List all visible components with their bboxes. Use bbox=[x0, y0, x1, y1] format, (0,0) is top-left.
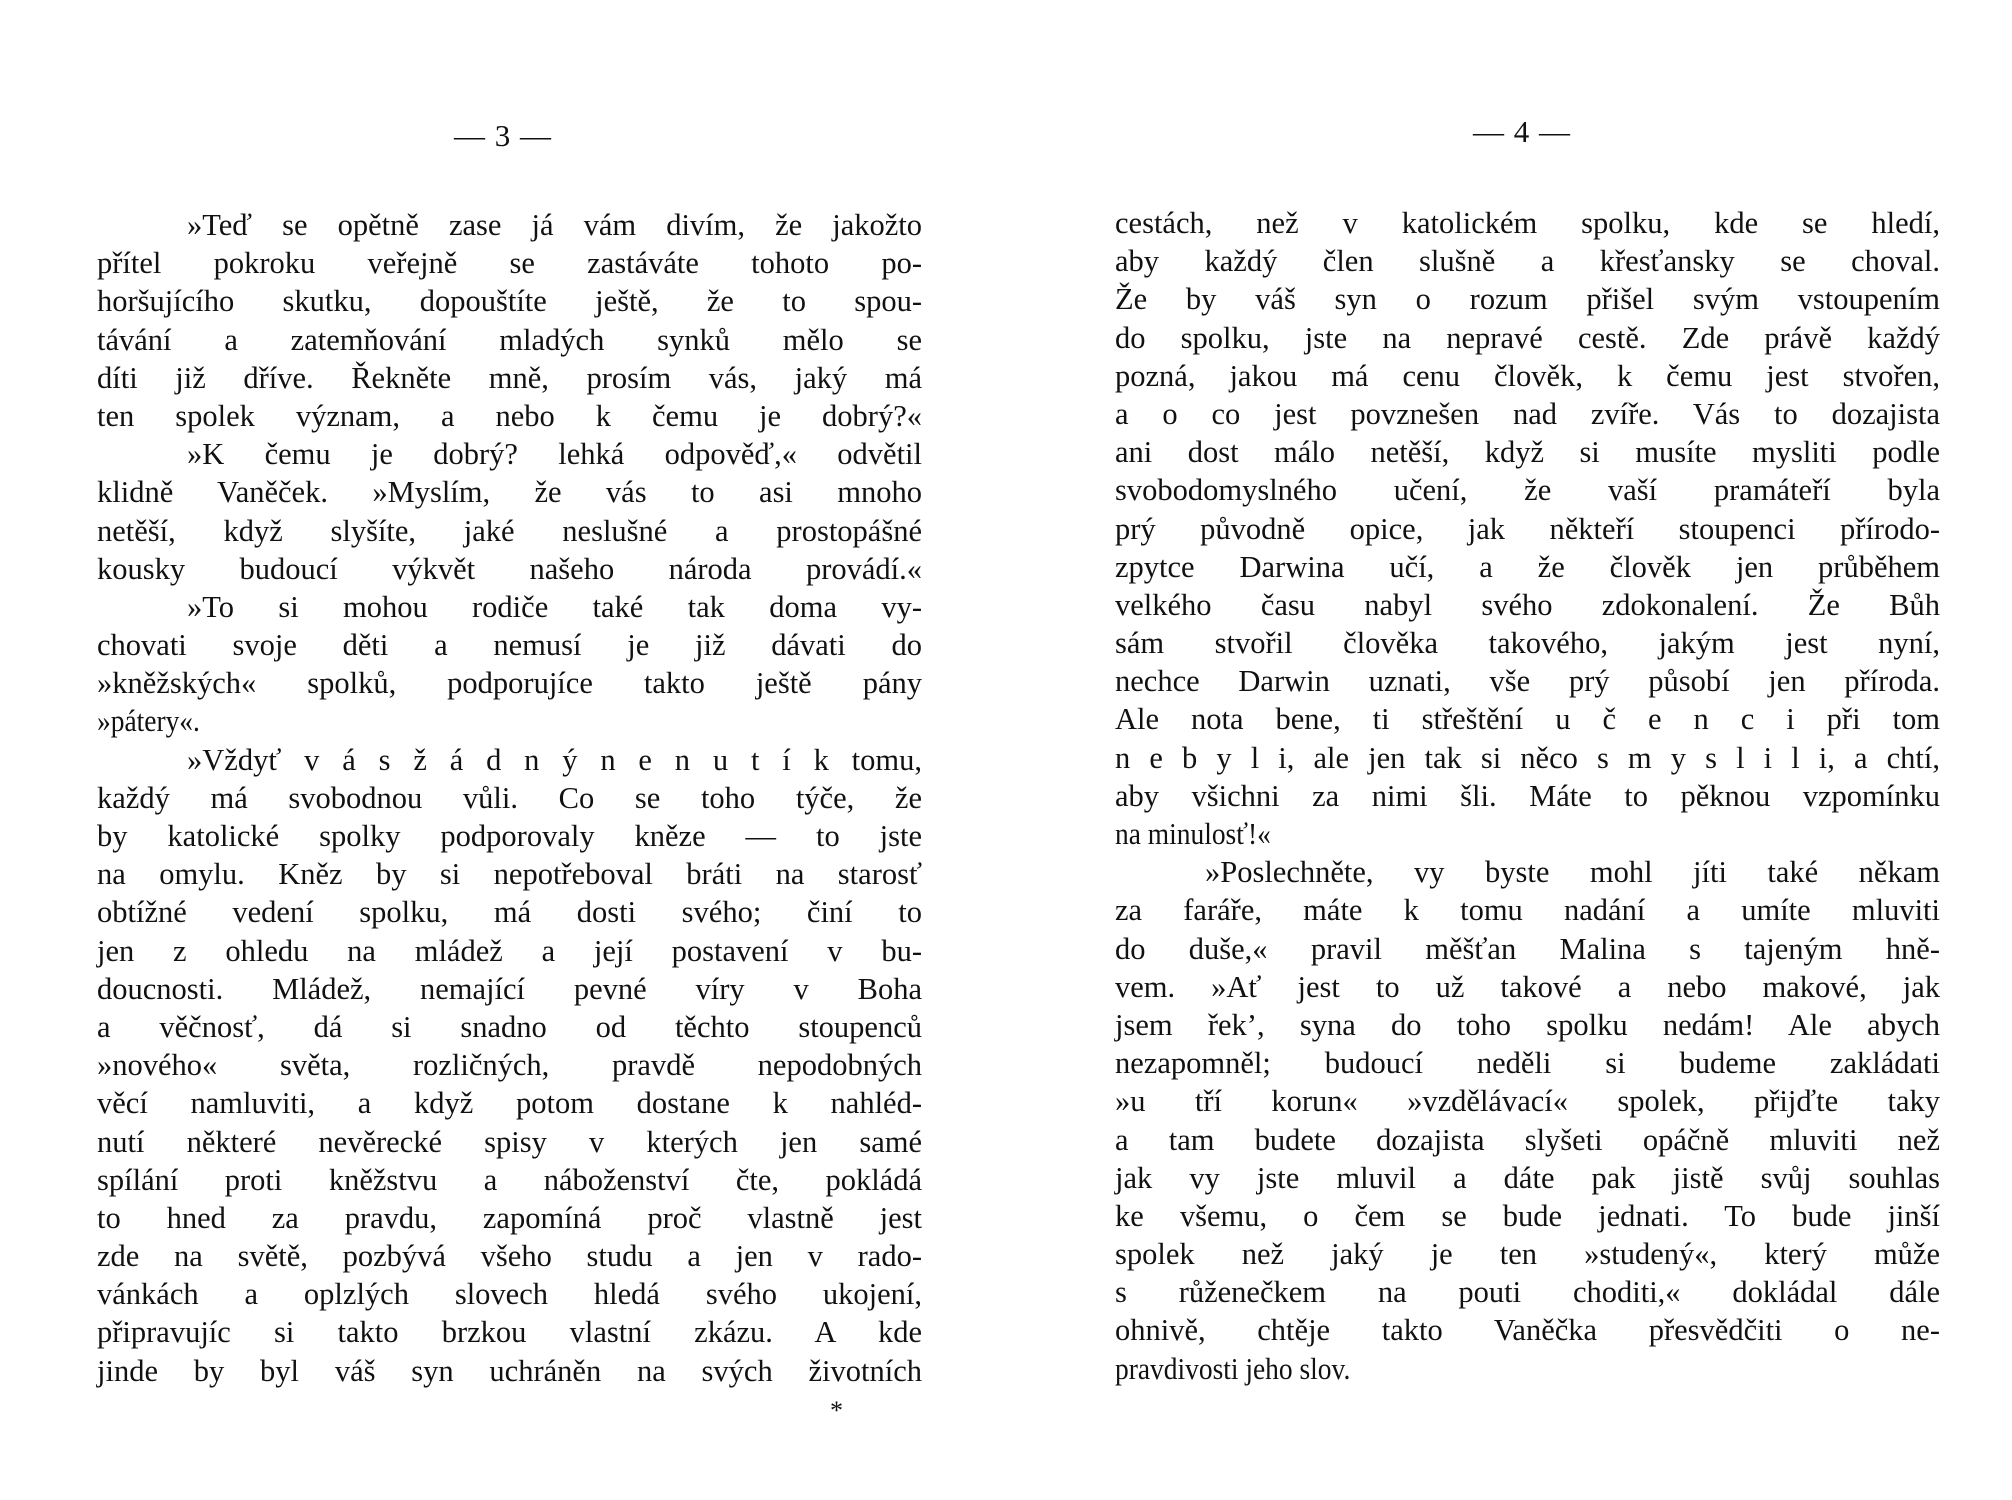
left-page: — 3 — »Teď se opětně zase já vám divím, … bbox=[0, 0, 1006, 1500]
text-line: »pátery«. bbox=[97, 702, 922, 740]
text-line: ohnivě, chtěje takto Vaněčka přesvědčiti… bbox=[1115, 1311, 1940, 1349]
text-line: sám stvořil člověka takového, jakým jest… bbox=[1115, 624, 1940, 662]
text-line: klidně Vaněček. »Myslím, že vás to asi m… bbox=[97, 473, 922, 511]
text-line: nezapomněl; budoucí neděli si budeme zak… bbox=[1115, 1044, 1940, 1082]
text-line: Že by váš syn o rozum přišel svým vstoup… bbox=[1115, 280, 1940, 318]
text-line: velkého času nabyl svého zdokonalení. Že… bbox=[1115, 586, 1940, 624]
text-line: »Poslechněte, vy byste mohl jíti také ně… bbox=[1115, 853, 1940, 891]
text-line: távání a zatemňování mladých synků mělo … bbox=[97, 321, 922, 359]
page-body: cestách, než v katolickém spolku, kde se… bbox=[1115, 204, 1940, 1388]
text-line: by katolické spolky podporovaly kněze — … bbox=[97, 817, 922, 855]
text-line: nutí některé nevěrecké spisy v kterých j… bbox=[97, 1123, 922, 1161]
text-line: cestách, než v katolickém spolku, kde se… bbox=[1115, 204, 1940, 242]
text-line: nechce Darwin uznati, vše prý působí jen… bbox=[1115, 662, 1940, 700]
text-line: jak vy jste mluvil a dáte pak jistě svůj… bbox=[1115, 1159, 1940, 1197]
text-line: »Vždyť v á s ž á d n ý n e n u t í k tom… bbox=[97, 741, 922, 779]
text-line: Ale nota bene, ti střeštění u č e n c i … bbox=[1115, 700, 1940, 738]
text-line: a o co jest povznešen nad zvíře. Vás to … bbox=[1115, 395, 1940, 433]
text-line: »nového« světa, rozličných, pravdě nepod… bbox=[97, 1046, 922, 1084]
text-line: pozná, jakou má cenu člověk, k čemu jest… bbox=[1115, 357, 1940, 395]
page-number: — 4 — bbox=[1473, 114, 1571, 150]
text-line: vánkách a oplzlých slovech hledá svého u… bbox=[97, 1275, 922, 1313]
text-line: zde na světě, pozbývá všeho studu a jen … bbox=[97, 1237, 922, 1275]
page-body: »Teď se opětně zase já vám divím, že jak… bbox=[97, 206, 922, 1390]
text-line: přítel pokroku veřejně se zastáváte toho… bbox=[97, 244, 922, 282]
text-line: ani dost málo netěší, když si musíte mys… bbox=[1115, 433, 1940, 471]
text-line: prý původně opice, jak někteří stoupenci… bbox=[1115, 510, 1940, 548]
text-line: na minulosť!« bbox=[1115, 815, 1940, 853]
text-line: spílání proti kněžstvu a náboženství čte… bbox=[97, 1161, 922, 1199]
right-page: — 4 — cestách, než v katolickém spolku, … bbox=[1006, 0, 2012, 1500]
text-line: spolek než jaký je ten »studený«, který … bbox=[1115, 1235, 1940, 1273]
signature-mark: * bbox=[830, 1396, 843, 1426]
text-line: každý má svobodnou vůli. Co se toho týče… bbox=[97, 779, 922, 817]
page-number: — 3 — bbox=[454, 118, 552, 154]
text-line: za faráře, máte k tomu nadání a umíte ml… bbox=[1115, 891, 1940, 929]
text-line: kousky budoucí výkvět našeho národa prov… bbox=[97, 550, 922, 588]
text-line: chovati svoje děti a nemusí je již dávat… bbox=[97, 626, 922, 664]
text-line: a věčnosť, dá si snadno od těchto stoupe… bbox=[97, 1008, 922, 1046]
text-line: »u tří korun« »vzdělávací« spolek, přijď… bbox=[1115, 1082, 1940, 1120]
text-line: na omylu. Kněz by si nepotřeboval bráti … bbox=[97, 855, 922, 893]
text-line: díti již dříve. Řekněte mně, prosím vás,… bbox=[97, 359, 922, 397]
text-line: »To si mohou rodiče také tak doma vy- bbox=[97, 588, 922, 626]
text-line: připravujíc si takto brzkou vlastní zkáz… bbox=[97, 1313, 922, 1351]
text-line: ke všemu, o čem se bude jednati. To bude… bbox=[1115, 1197, 1940, 1235]
text-line: pravdivosti jeho slov. bbox=[1115, 1350, 1940, 1388]
text-line: to hned za pravdu, zapomíná proč vlastně… bbox=[97, 1199, 922, 1237]
text-line: věcí namluviti, a když potom dostane k n… bbox=[97, 1084, 922, 1122]
text-line: jsem řek’, syna do toho spolku nedám! Al… bbox=[1115, 1006, 1940, 1044]
text-line: aby každý člen slušně a křesťansky se ch… bbox=[1115, 242, 1940, 280]
text-line: s růženečkem na pouti choditi,« dokládal… bbox=[1115, 1273, 1940, 1311]
text-line: do duše,« pravil měšťan Malina s tajeným… bbox=[1115, 930, 1940, 968]
text-line: vem. »Ať jest to už takové a nebo makové… bbox=[1115, 968, 1940, 1006]
text-line: doucnosti. Mládež, nemající pevné víry v… bbox=[97, 970, 922, 1008]
text-line: zpytce Darwina učí, a že člověk jen průb… bbox=[1115, 548, 1940, 586]
text-line: jen z ohledu na mládež a její postavení … bbox=[97, 932, 922, 970]
text-line: aby všichni za nimi šli. Máte to pěknou … bbox=[1115, 777, 1940, 815]
text-line: »Teď se opětně zase já vám divím, že jak… bbox=[97, 206, 922, 244]
text-line: svobodomyslného učení, že vaší pramáteří… bbox=[1115, 471, 1940, 509]
text-line: »kněžských« spolků, podporujíce takto je… bbox=[97, 664, 922, 702]
text-line: a tam budete dozajista slyšeti opáčně ml… bbox=[1115, 1121, 1940, 1159]
text-line: horšujícího skutku, dopouštíte ještě, že… bbox=[97, 282, 922, 320]
text-line: obtížné vedení spolku, má dosti svého; č… bbox=[97, 893, 922, 931]
text-line: jinde by byl váš syn uchráněn na svých ž… bbox=[97, 1352, 922, 1390]
text-line: n e b y l i, ale jen tak si něco s m y s… bbox=[1115, 739, 1940, 777]
text-line: netěší, když slyšíte, jaké neslušné a pr… bbox=[97, 512, 922, 550]
text-line: do spolku, jste na nepravé cestě. Zde pr… bbox=[1115, 319, 1940, 357]
text-line: »K čemu je dobrý? lehká odpověď,« odvěti… bbox=[97, 435, 922, 473]
text-line: ten spolek význam, a nebo k čemu je dobr… bbox=[97, 397, 922, 435]
